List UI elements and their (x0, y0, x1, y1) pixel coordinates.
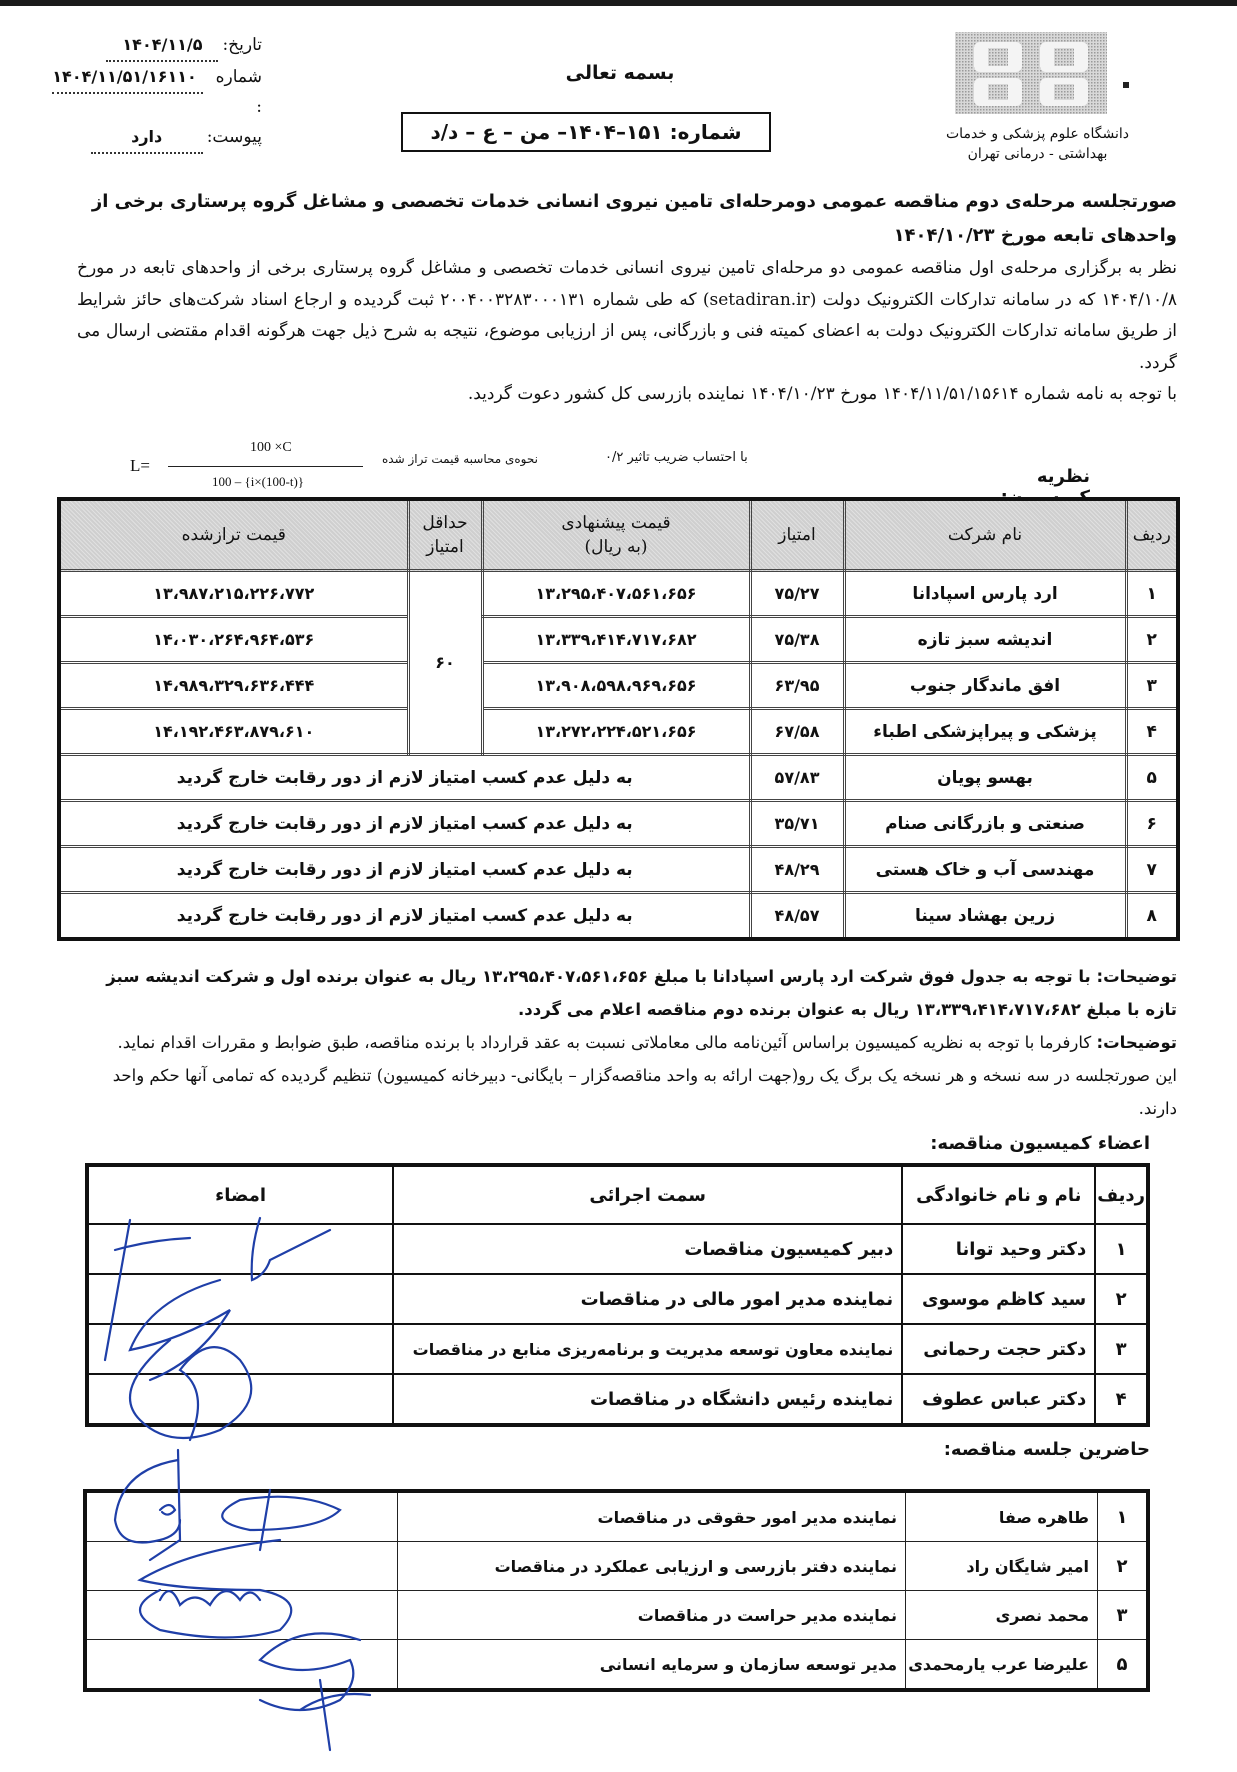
evaluation-table: ردیف نام شرکت امتیاز قیمت پیشنهادی(به ری… (57, 497, 1180, 941)
cell-min-score: ۶۰ (408, 571, 482, 755)
cell-company: زرین بهشاد سینا (844, 893, 1126, 940)
cell-name: امیر شایگان راد (906, 1542, 1098, 1591)
cell-row: ۵ (1126, 755, 1178, 801)
notes-label-2: توضیحات: (1097, 1033, 1178, 1052)
col-adjusted: قیمت ترازشده (59, 499, 408, 571)
cell-signature (85, 1542, 398, 1591)
cell-company: پزشکی و پیراپزشکی اطباء (844, 709, 1126, 755)
member-row: ۴ دکتر عباس عطوف نماینده رئیس دانشگاه در… (87, 1374, 1148, 1425)
attendee-row: ۲ امیر شایگان راد نماینده دفتر بازرسی و … (85, 1542, 1148, 1591)
attachment-label: پیوست: (207, 122, 262, 152)
cell-name: علیرضا عرب یارمحمدی (906, 1640, 1098, 1691)
cell-score: ۵۷/۸۳ (750, 755, 844, 801)
cell-row: ۲ (1126, 617, 1178, 663)
table-row: ۳ افق ماندگار جنوب ۶۳/۹۵ ۱۳،۹۰۸،۵۹۸،۹۶۹،… (59, 663, 1178, 709)
cell-signature (87, 1224, 393, 1274)
col-min-line2: امتیاز (426, 537, 463, 557)
date-row: تاریخ: ۱۴۰۴/۱۱/۵ (52, 30, 262, 62)
logo-mark-dot (1123, 82, 1129, 88)
cell-signature (85, 1640, 398, 1691)
cell-adjusted: ۱۳،۹۸۷،۲۱۵،۲۲۶،۷۷۲ (59, 571, 408, 617)
cell-score: ۶۷/۵۸ (750, 709, 844, 755)
employer-note: توضیحات: کارفرما با توجه به نظریه کمیسیو… (77, 1026, 1177, 1059)
cell-adjusted: ۱۴،۱۹۲،۴۶۳،۸۷۹،۶۱۰ (59, 709, 408, 755)
employer-text: کارفرما با توجه به نظریه کمیسیون براساس … (118, 1033, 1092, 1052)
cell-offer: ۱۳،۲۹۵،۴۰۷،۵۶۱،۶۵۶ (482, 571, 750, 617)
number-row: شماره : ۱۴۰۴/۱۱/۵۱/۱۶۱۱۰ (52, 62, 262, 122)
cell-score: ۴۸/۵۷ (750, 893, 844, 940)
cell-score: ۷۵/۳۸ (750, 617, 844, 663)
col-offer-line2: (به ریال) (585, 537, 648, 557)
col-name: نام و نام خانوادگی (902, 1165, 1095, 1224)
cell-offer: ۱۳،۲۷۲،۲۲۴،۵۲۱،۶۵۶ (482, 709, 750, 755)
cell-role: نماینده معاون توسعه مدیریت و برنامه‌ریزی… (393, 1324, 902, 1374)
cell-score: ۶۳/۹۵ (750, 663, 844, 709)
cell-row: ۱ (1098, 1491, 1149, 1542)
attendees-label: حاضرین جلسه مناقصه: (900, 1439, 1150, 1460)
date-value: ۱۴۰۴/۱۱/۵ (106, 30, 218, 62)
cell-role: نماینده دفتر بازرسی و ارزیابی عملکرد در … (398, 1542, 906, 1591)
basmala: بسمه تعالی (540, 62, 700, 84)
cell-row: ۳ (1098, 1591, 1149, 1640)
attachment-value: دارد (91, 122, 203, 154)
cell-name: دکتر حجت رحمانی (902, 1324, 1095, 1374)
col-company: نام شرکت (844, 499, 1126, 571)
cell-company: ارد پارس اسپادانا (844, 571, 1126, 617)
table-row: ۱ ارد پارس اسپادانا ۷۵/۲۷ ۱۳،۲۹۵،۴۰۷،۵۶۱… (59, 571, 1178, 617)
col-min-score: حداقلامتیاز (408, 499, 482, 571)
formula-note: نحوه‌ی محاسبه قیمت تراز شده (382, 452, 538, 466)
scan-top-edge (0, 0, 1237, 6)
document-number-box: شماره: ۱۵۱–۱۴۰۴– من – ع – د/د (401, 112, 771, 152)
formula-lhs: L= (130, 456, 150, 476)
cell-offer: ۱۳،۳۳۹،۴۱۴،۷۱۷،۶۸۲ (482, 617, 750, 663)
cell-role: نماینده مدیر حراست در مناقصات (398, 1591, 906, 1640)
winner-note: توضیحات: با توجه به جدول فوق شرکت ارد پا… (77, 960, 1177, 1026)
col-row: ردیف (1126, 499, 1178, 571)
col-row: ردیف (1095, 1165, 1148, 1224)
intro-paragraph: نظر به برگزاری مرحله‌ی اول مناقصه عمومی … (77, 253, 1177, 411)
cell-adjusted: ۱۴،۹۸۹،۳۲۹،۶۳۶،۴۴۴ (59, 663, 408, 709)
cell-score: ۴۸/۲۹ (750, 847, 844, 893)
cell-row: ۴ (1095, 1374, 1148, 1425)
col-role: سمت اجرائی (393, 1165, 902, 1224)
cell-row: ۱ (1095, 1224, 1148, 1274)
cell-name: دکتر عباس عطوف (902, 1374, 1095, 1425)
copies-text: این صورتجلسه در سه نسخه و هر نسخه یک برگ… (77, 1059, 1177, 1125)
document-title: صورتجلسه مرحله‌ی دوم مناقصه عمومی دومرحل… (67, 185, 1177, 253)
cell-row: ۷ (1126, 847, 1178, 893)
cell-score: ۷۵/۲۷ (750, 571, 844, 617)
col-offer-line1: قیمت پیشنهادی (561, 513, 670, 533)
table-header-row: ردیف نام شرکت امتیاز قیمت پیشنهادی(به ری… (59, 499, 1178, 571)
members-label: اعضاء کمیسیون مناقصه: (900, 1133, 1150, 1154)
cell-row: ۴ (1126, 709, 1178, 755)
cell-row: ۳ (1095, 1324, 1148, 1374)
cell-company: افق ماندگار جنوب (844, 663, 1126, 709)
member-row: ۳ دکتر حجت رحمانی نماینده معاون توسعه مد… (87, 1324, 1148, 1374)
cell-row: ۵ (1098, 1640, 1149, 1691)
cell-role: دبیر کمیسیون مناقصات (393, 1224, 902, 1274)
number-value: ۱۴۰۴/۱۱/۵۱/۱۶۱۱۰ (52, 62, 203, 94)
university-line-1: دانشگاه علوم پزشکی و خدمات (930, 124, 1145, 144)
cell-name: محمد نصری (906, 1591, 1098, 1640)
cell-company: بهسو پویان (844, 755, 1126, 801)
cell-adjusted: ۱۴،۰۳۰،۲۶۴،۹۶۴،۵۳۶ (59, 617, 408, 663)
cell-offer: ۱۳،۹۰۸،۵۹۸،۹۶۹،۶۵۶ (482, 663, 750, 709)
attachment-row: پیوست: دارد (52, 122, 262, 154)
coefficient-note: با احتساب ضریب تاثیر ۰/۲ (605, 450, 748, 465)
attendee-row: ۵ علیرضا عرب یارمحمدی مدیر توسعه سازمان … (85, 1640, 1148, 1691)
university-line-2: بهداشتی - درمانی تهران (930, 144, 1145, 164)
cell-excluded: به دلیل عدم کسب امتیاز لازم از دور رقابت… (59, 755, 750, 801)
date-label: تاریخ: (222, 30, 262, 60)
cell-row: ۲ (1095, 1274, 1148, 1324)
number-label: شماره : (207, 62, 262, 122)
notes-section: توضیحات: با توجه به جدول فوق شرکت ارد پا… (77, 960, 1177, 1125)
cell-name: دکتر وحید توانا (902, 1224, 1095, 1274)
col-score: امتیاز (750, 499, 844, 571)
fraction-bar (168, 466, 363, 467)
cell-company: مهندسی آب و خاک هستی (844, 847, 1126, 893)
cell-company: اندیشه سبز تازه (844, 617, 1126, 663)
cell-score: ۳۵/۷۱ (750, 801, 844, 847)
university-name: دانشگاه علوم پزشکی و خدمات بهداشتی - درم… (930, 124, 1145, 164)
cell-row: ۸ (1126, 893, 1178, 940)
cell-excluded: به دلیل عدم کسب امتیاز لازم از دور رقابت… (59, 847, 750, 893)
winner-text: با توجه به جدول فوق شرکت ارد پارس اسپادا… (106, 967, 1177, 1019)
table-row-excluded: ۷ مهندسی آب و خاک هستی ۴۸/۲۹ به دلیل عدم… (59, 847, 1178, 893)
header-meta: تاریخ: ۱۴۰۴/۱۱/۵ شماره : ۱۴۰۴/۱۱/۵۱/۱۶۱۱… (52, 30, 262, 154)
cell-excluded: به دلیل عدم کسب امتیاز لازم از دور رقابت… (59, 801, 750, 847)
cell-company: صنعتی و بازرگانی صنام (844, 801, 1126, 847)
cell-row: ۳ (1126, 663, 1178, 709)
formula-numerator: 100 ×C (250, 440, 292, 456)
cell-signature (85, 1591, 398, 1640)
levelled-price-formula: L= 100 ×C 100 – {i×(100-t)} (130, 440, 390, 496)
cell-signature (87, 1274, 393, 1324)
cell-signature (85, 1491, 398, 1542)
table-row: ۴ پزشکی و پیراپزشکی اطباء ۶۷/۵۸ ۱۳،۲۷۲،۲… (59, 709, 1178, 755)
university-logo-icon (950, 28, 1112, 118)
table-row-excluded: ۵ بهسو پویان ۵۷/۸۳ به دلیل عدم کسب امتیا… (59, 755, 1178, 801)
table-row-excluded: ۸ زرین بهشاد سینا ۴۸/۵۷ به دلیل عدم کسب … (59, 893, 1178, 940)
col-signature: امضاء (87, 1165, 393, 1224)
col-offer: قیمت پیشنهادی(به ریال) (482, 499, 750, 571)
table-row: ۲ اندیشه سبز تازه ۷۵/۳۸ ۱۳،۳۳۹،۴۱۴،۷۱۷،۶… (59, 617, 1178, 663)
cell-row: ۲ (1098, 1542, 1149, 1591)
attendees-table: ۱ طاهره صفا نماینده مدیر امور حقوقی در م… (83, 1489, 1150, 1692)
intro-text-2: با توجه به نامه شماره ۱۴۰۴/۱۱/۵۱/۱۵۶۱۴ م… (468, 384, 1177, 404)
member-row: ۱ دکتر وحید توانا دبیر کمیسیون مناقصات (87, 1224, 1148, 1274)
cell-role: نماینده رئیس دانشگاه در مناقصات (393, 1374, 902, 1425)
members-table: ردیف نام و نام خانوادگی سمت اجرائی امضاء… (85, 1163, 1150, 1427)
attendee-row: ۱ طاهره صفا نماینده مدیر امور حقوقی در م… (85, 1491, 1148, 1542)
cell-role: نماینده مدیر امور حقوقی در مناقصات (398, 1491, 906, 1542)
member-row: ۲ سید کاظم موسوی نماینده مدیر امور مالی … (87, 1274, 1148, 1324)
col-min-line1: حداقل (422, 513, 467, 533)
cell-row: ۶ (1126, 801, 1178, 847)
cell-name: سید کاظم موسوی (902, 1274, 1095, 1324)
cell-excluded: به دلیل عدم کسب امتیاز لازم از دور رقابت… (59, 893, 750, 940)
cell-role: مدیر توسعه سازمان و سرمایه انسانی (398, 1640, 906, 1691)
table-row-excluded: ۶ صنعتی و بازرگانی صنام ۳۵/۷۱ به دلیل عد… (59, 801, 1178, 847)
notes-label: توضیحات: (1097, 967, 1178, 986)
cell-row: ۱ (1126, 571, 1178, 617)
members-header-row: ردیف نام و نام خانوادگی سمت اجرائی امضاء (87, 1165, 1148, 1224)
cell-signature (87, 1374, 393, 1425)
formula-denominator: 100 – {i×(100-t)} (212, 474, 304, 490)
cell-signature (87, 1324, 393, 1374)
cell-name: طاهره صفا (906, 1491, 1098, 1542)
attendee-row: ۳ محمد نصری نماینده مدیر حراست در مناقصا… (85, 1591, 1148, 1640)
cell-role: نماینده مدیر امور مالی در مناقصات (393, 1274, 902, 1324)
intro-text: نظر به برگزاری مرحله‌ی اول مناقصه عمومی … (77, 258, 1177, 373)
